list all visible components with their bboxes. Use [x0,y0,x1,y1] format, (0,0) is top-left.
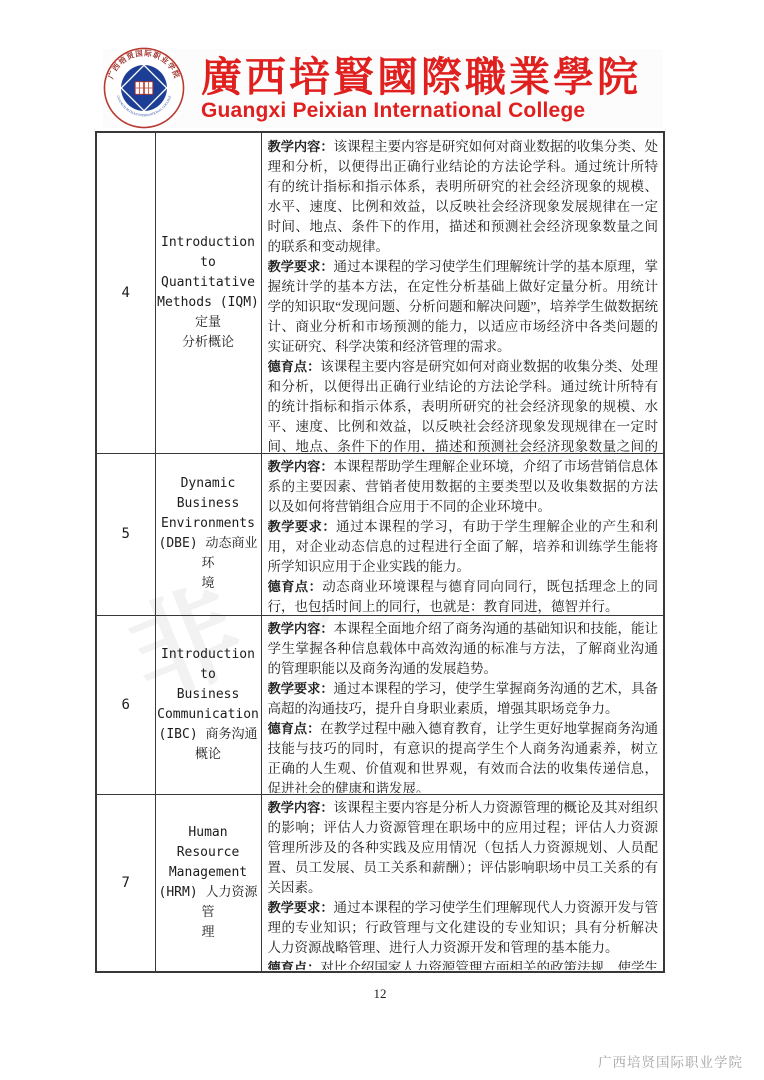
college-header: 广西培贤国际职业学院 GUANGXI PEIXIAN INTERNATIONAL… [103,49,663,128]
table-row: 5Dynamic Business Environments (DBE) 动态商… [96,453,664,615]
course-section-教学内容: 教学内容：该课程主要内容是研究如何对商业数据的收集分类、处理和分析，以便得出正确… [268,137,659,257]
course-description-cell: 教学内容：本课程帮助学生理解企业环境，介绍了市场营销信息体系的主要因素、营销者使… [261,453,664,615]
course-section-德育点: 德育点：在教学过程中融入德育教育，让学生更好地掌握商务沟通技能与技巧的同时，有意… [268,719,659,793]
course-section-德育点: 德育点：动态商业环境课程与德育同向同行，既包括理念上的同行，也包括时间上的同行，… [268,577,659,614]
section-label: 教学要求： [268,681,334,696]
course-section-教学内容: 教学内容：本课程帮助学生理解企业环境，介绍了市场营销信息体系的主要因素、营销者使… [268,457,659,517]
course-section-教学要求: 教学要求：通过本课程的学习，有助于学生理解企业的产生和利用，对企业动态信息的过程… [268,517,659,577]
document-page: 非 广西培贤国际职业学院 GUANGXI PEIXIAN INTERNATION… [0,0,764,1080]
section-label: 教学内容： [268,621,334,636]
section-label: 教学内容： [268,459,334,474]
course-description: 教学内容：本课程全面地介绍了商务沟通的基础知识和技能，能让学生掌握各种信息载体中… [268,619,659,793]
course-number-cell: 5 [96,453,155,615]
college-titles: 廣西培賢國際職業學院 Guangxi Peixian International… [201,55,641,122]
seal-book-icon [135,82,153,95]
section-label: 教学内容： [268,800,334,815]
course-description: 教学内容：该课程主要内容是分析人力资源管理的概论及其对组织的影响；评估人力资源管… [268,798,659,970]
course-description-cell: 教学内容：该课程主要内容是分析人力资源管理的概论及其对组织的影响；评估人力资源管… [261,794,664,972]
course-number-cell: 7 [96,794,155,972]
table-row: 7Human Resource Management (HRM) 人力资源管 理… [96,794,664,972]
section-label: 教学要求： [268,900,334,915]
course-number-cell: 4 [96,132,155,453]
course-section-教学要求: 教学要求：通过本课程的学习使学生们理解统计学的基本原理，掌握统计学的基本方法，在… [268,257,659,357]
college-seal-icon: 广西培贤国际职业学院 GUANGXI PEIXIAN INTERNATIONAL… [103,47,185,129]
course-description-cell: 教学内容：本课程全面地介绍了商务沟通的基础知识和技能，能让学生掌握各种信息载体中… [261,615,664,794]
table-row: 4Introduction to Quantitative Methods (I… [96,132,664,453]
section-label: 教学要求： [268,259,334,274]
course-section-教学内容: 教学内容：该课程主要内容是分析人力资源管理的概论及其对组织的影响；评估人力资源管… [268,798,659,898]
course-name-cell: Human Resource Management (HRM) 人力资源管 理 [155,794,261,972]
section-label: 德育点： [268,960,321,970]
corner-watermark-text: 广西培贤国际职业学院 [598,1051,743,1071]
course-name-cell: Introduction to Business Communication (… [155,615,261,794]
section-label: 德育点： [268,359,321,374]
course-section-德育点: 德育点：对比介绍国家人力资源管理方面相关的政策法规，使学生对国家政治有所了解并认… [268,958,659,970]
course-name-cell: Introduction to Quantitative Methods (IQ… [155,132,261,453]
college-name-chinese: 廣西培賢國際職業學院 [201,55,641,99]
course-section-德育点: 德育点：该课程主要内容是研究如何对商业数据的收集分类、处理和分析，以便得出正确行… [268,357,659,452]
section-label: 德育点： [268,721,321,736]
college-name-english: Guangxi Peixian International College [201,99,641,122]
course-section-教学要求: 教学要求：通过本课程的学习使学生们理解现代人力资源开发与管理的专业知识；行政管理… [268,898,659,958]
course-description: 教学内容：本课程帮助学生理解企业环境，介绍了市场营销信息体系的主要因素、营销者使… [268,457,659,614]
course-section-教学内容: 教学内容：本课程全面地介绍了商务沟通的基础知识和技能，能让学生掌握各种信息载体中… [268,619,659,679]
table-row: 6Introduction to Business Communication … [96,615,664,794]
course-name-cell: Dynamic Business Environments (DBE) 动态商业… [155,453,261,615]
page-number: 12 [95,986,665,1002]
course-number-cell: 6 [96,615,155,794]
section-label: 教学内容： [268,139,334,154]
section-label: 教学要求： [268,519,337,534]
section-label: 德育点： [268,579,323,594]
course-table-body: 4Introduction to Quantitative Methods (I… [96,132,664,972]
course-section-教学要求: 教学要求：通过本课程的学习，使学生掌握商务沟通的艺术，具备高超的沟通技巧，提升自… [268,679,659,719]
course-description: 教学内容：该课程主要内容是研究如何对商业数据的收集分类、处理和分析，以便得出正确… [268,137,659,452]
course-table: 4Introduction to Quantitative Methods (I… [95,131,665,973]
course-description-cell: 教学内容：该课程主要内容是研究如何对商业数据的收集分类、处理和分析，以便得出正确… [261,132,664,453]
